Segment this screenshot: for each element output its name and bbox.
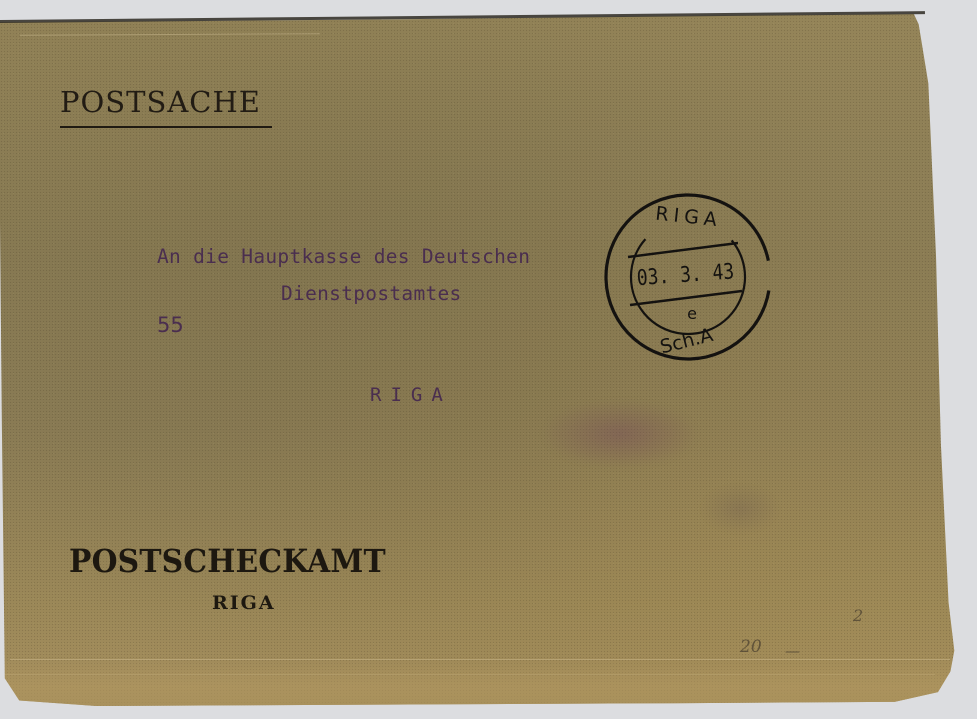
postmark-circle-icon: RIGA 03. 3. 43 e Sch.A (600, 187, 776, 363)
postsache-label: POSTSACHE (60, 88, 261, 117)
recipient-line-2: Dienstpostamtes (281, 284, 462, 304)
sender-name: POSTSCHECKAMT (69, 545, 386, 577)
recipient-city: RIGA (370, 386, 452, 405)
pencil-amount-note: 20 (740, 639, 762, 656)
sender-city: RIGA (212, 594, 276, 613)
pencil-mark-note: 2 (853, 608, 863, 624)
ink-smudge (700, 484, 780, 534)
postmark-top-text: RIGA (654, 203, 722, 232)
postmark-date: 03. 3. 43 (636, 259, 735, 291)
postmark-stamp: RIGA 03. 3. 43 e Sch.A (600, 187, 776, 363)
recipient-number: 55 (157, 315, 184, 336)
pencil-dash-note: — (785, 644, 800, 659)
envelope: POSTSACHE An die Hauptkasse des Deutsche… (0, 14, 962, 706)
ink-smudge (540, 399, 700, 469)
paper-crease (5, 674, 935, 675)
postsache-underline (60, 126, 272, 128)
postmark-letter: e (687, 304, 697, 323)
paper-crease (10, 659, 950, 660)
recipient-line-1: An die Hauptkasse des Deutschen (157, 247, 530, 267)
paper-crease (20, 33, 320, 36)
scan-background: POSTSACHE An die Hauptkasse des Deutsche… (0, 0, 977, 719)
